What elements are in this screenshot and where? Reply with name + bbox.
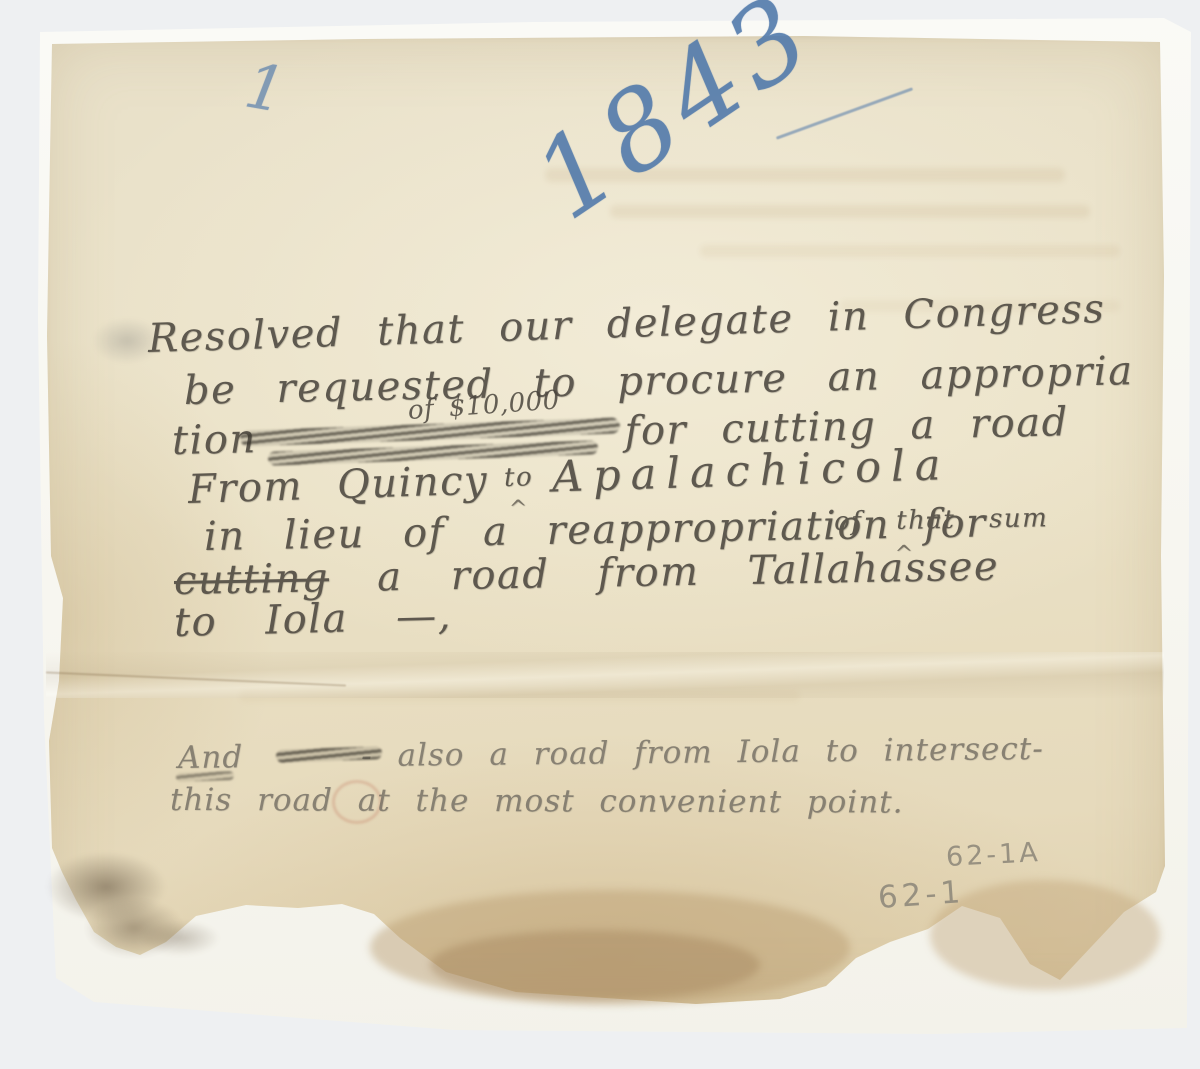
addendum-line-2: this road at the most convenient point. [170, 782, 904, 821]
ink-bleed [610, 205, 1090, 218]
of-that-sum-insertion: of that sum [834, 503, 1049, 537]
addendum-1-suffix: - also a road from Iola to intersect- [361, 731, 1044, 774]
catalog-number-lower: 62-1 [877, 874, 966, 916]
manuscript-scan: 1 1843 Resolved that our delegate in Con… [0, 0, 1200, 1069]
resolution-line-7: to Iola —, [173, 593, 452, 646]
ink-bleed [240, 690, 800, 702]
ink-bleed [700, 245, 1120, 257]
line-4-prefix: From Quincy [187, 458, 489, 513]
catalog-number-upper: 62-1A [945, 837, 1041, 873]
to-insertion: to [504, 462, 534, 493]
addendum-1-prefix: And [178, 739, 244, 776]
